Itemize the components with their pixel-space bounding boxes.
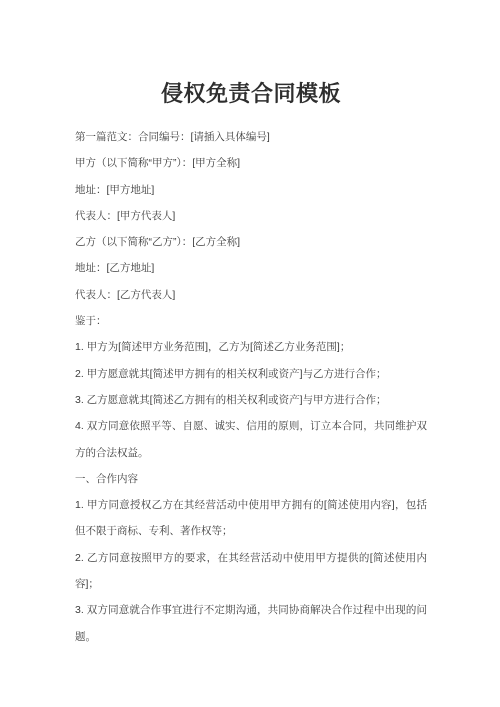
document-title: 侵权免责合同模板	[75, 80, 427, 108]
paragraph-party-a: 甲方（以下简称“甲方”）：[甲方全称]	[75, 150, 427, 176]
paragraph-recital-4: 4. 双方同意依照平等、自愿、诚实、信用的原则，订立本合同，共同维护双方的合法权…	[75, 413, 427, 466]
paragraph-party-b-representative: 代表人：[乙方代表人]	[75, 282, 427, 308]
paragraph-recital-1: 1. 甲方为[简述甲方业务范围]，乙方为[简述乙方业务范围]；	[75, 334, 427, 360]
paragraph-recital-3: 3. 乙方愿意就其[简述乙方拥有的相关权利或资产]与甲方进行合作；	[75, 387, 427, 413]
paragraph-cooperation-3: 3. 双方同意就合作事宜进行不定期沟通，共同协商解决合作过程中出现的问题。	[75, 597, 427, 650]
paragraph-cooperation-2: 2. 乙方同意按照甲方的要求，在其经营活动中使用甲方提供的[简述使用内容]；	[75, 545, 427, 598]
paragraph-party-b: 乙方（以下简称“乙方”）：[乙方全称]	[75, 229, 427, 255]
paragraph-whereas: 鉴于：	[75, 308, 427, 334]
paragraph-recital-2: 2. 甲方愿意就其[简述甲方拥有的相关权利或资产]与乙方进行合作；	[75, 361, 427, 387]
document-body: 第一篇范文：合同编号：[请插入具体编号] 甲方（以下简称“甲方”）：[甲方全称]…	[75, 124, 427, 650]
paragraph-cooperation-1: 1. 甲方同意授权乙方在其经营活动中使用甲方拥有的[简述使用内容]，包括但不限于…	[75, 492, 427, 545]
paragraph-party-a-representative: 代表人：[甲方代表人]	[75, 203, 427, 229]
document-page: 侵权免责合同模板 第一篇范文：合同编号：[请插入具体编号] 甲方（以下简称“甲方…	[0, 0, 500, 707]
section-heading-cooperation: 一、合作内容	[75, 466, 427, 492]
paragraph-party-b-address: 地址：[乙方地址]	[75, 255, 427, 281]
paragraph-contract-number: 第一篇范文：合同编号：[请插入具体编号]	[75, 124, 427, 150]
paragraph-party-a-address: 地址：[甲方地址]	[75, 177, 427, 203]
